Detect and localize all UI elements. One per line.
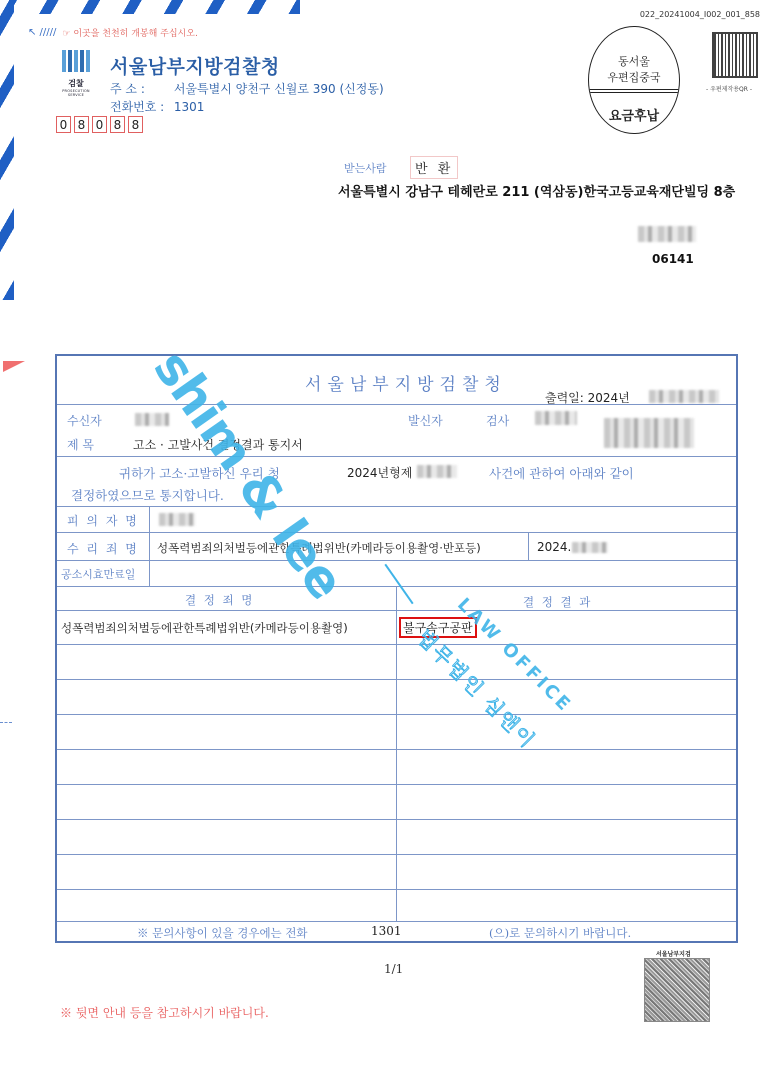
sender-zip: 0 8 0 8 8 [56, 116, 143, 133]
sender-phone: 전화번호 : 1301 [110, 98, 204, 115]
charge-label: 수 리 죄 명 [67, 540, 139, 557]
footer-text-1: ※ 문의사항이 있을 경우에는 전화 [137, 925, 308, 941]
redacted-recipient [135, 413, 169, 426]
logo-bars-icon [62, 50, 96, 72]
row-divider [57, 644, 736, 645]
airmail-border-top [0, 0, 300, 14]
redacted-suspect [159, 513, 195, 526]
zip-digit: 0 [56, 116, 71, 133]
arrow-icon: ↖ ///// [28, 27, 56, 38]
row-divider [57, 714, 736, 715]
open-instruction: ↖ ///// ☞ 이곳을 천천히 개봉해 주십시오. [28, 26, 198, 39]
postmark-divider [589, 89, 679, 93]
redacted-sender [535, 411, 577, 425]
col-divider [149, 506, 150, 586]
return-mark: 반 환 [410, 156, 458, 179]
row-divider [57, 889, 736, 890]
charge-date: 2024. [537, 540, 571, 554]
recipient-field-label: 수신자 [67, 412, 102, 429]
bottom-qr-label: 서울남부지검 [656, 949, 691, 958]
postmark-stamp: 동서울 우편집중국 요금후납 [588, 26, 680, 134]
logo-label: 검찰 [56, 78, 96, 89]
intro-text-1: 귀하가 고소·고발하신 우리 청 [119, 464, 280, 482]
row-divider [57, 456, 736, 457]
sender-address: 주 소 : 서울특별시 양천구 신월로 390 (신정동) [110, 80, 384, 97]
postmark-line1: 동서울 [589, 53, 679, 69]
redacted-case-number [417, 465, 457, 478]
address-value: 서울특별시 양천구 신월로 390 (신정동) [174, 82, 384, 96]
redacted-charge-date [572, 542, 608, 553]
row-divider [57, 679, 736, 680]
statute-label: 공소시효만료일 [61, 566, 135, 582]
open-note-text: ☞ 이곳을 천천히 개봉해 주십시오. [62, 26, 197, 39]
red-triangle-marker [3, 361, 25, 372]
row-divider [57, 749, 736, 750]
bottom-note: ※ 뒷면 안내 등을 참고하시기 바랍니다. [60, 1004, 269, 1021]
zip-digit: 8 [110, 116, 125, 133]
row-divider [57, 532, 736, 533]
airmail-border-left [0, 0, 14, 300]
qr-code-icon [644, 958, 710, 1022]
decision-result: 불구속구공판 [399, 617, 477, 638]
row-divider [57, 404, 736, 405]
recipient-label: 받는사람 [344, 160, 387, 176]
address-label: 주 소 : [110, 80, 170, 97]
sender-field-label: 발신자 [408, 412, 443, 429]
qr-label: - 우편제작용QR - [706, 84, 752, 93]
prosecution-logo: 검찰 PROSECUTION SERVICE [56, 50, 96, 96]
postmark-circle: 동서울 우편집중국 요금후납 [588, 26, 680, 134]
postmark-line2: 우편집중국 [589, 69, 679, 85]
postmark-line3: 요금후납 [589, 105, 679, 124]
decision-result-header: 결 정 결 과 [523, 594, 592, 610]
redacted-seal [604, 418, 694, 448]
case-number: 2024년형제 [347, 464, 412, 481]
subject-value: 고소 · 고발사건 결정결과 통지서 [133, 436, 303, 453]
intro-text-2: 사건에 관하여 아래와 같이 [489, 464, 634, 482]
qr-code-icon [712, 32, 758, 78]
sender-role: 검사 [486, 412, 509, 429]
zip-digit: 8 [74, 116, 89, 133]
phone-label: 전화번호 : [110, 98, 170, 115]
page-number: 1/1 [384, 962, 403, 976]
subject-label: 제 목 [67, 436, 94, 453]
row-divider [57, 819, 736, 820]
row-divider [57, 854, 736, 855]
notice-form: 서울남부지방검찰청 출력일: 2024년 수신자 발신자 검사 제 목 고소 ·… [55, 354, 738, 943]
logo-sub: PROSECUTION SERVICE [56, 89, 96, 97]
footer-text-2: (으)로 문의하시기 바랍니다. [489, 925, 631, 941]
sender-org-name: 서울남부지방검찰청 [110, 52, 280, 79]
footer-phone: 1301 [371, 924, 402, 938]
decision-charge: 성폭력범죄의처벌등에관한특례법위반(카메라등이용촬영) [61, 620, 348, 636]
decision-charge-header: 결 정 죄 명 [185, 592, 254, 608]
fold-mark [0, 722, 12, 723]
zip-digit: 8 [128, 116, 143, 133]
row-divider [57, 610, 736, 611]
zip-digit: 0 [92, 116, 107, 133]
document-id: 022_20241004_I002_001_858 [640, 10, 760, 19]
col-divider [396, 586, 397, 921]
row-divider [57, 784, 736, 785]
recipient-address: 서울특별시 강남구 테헤란로 211 (역삼동)한국고등교육재단빌딩 8층 [338, 183, 758, 202]
redacted-date [649, 390, 719, 403]
row-divider [57, 506, 736, 507]
intro-text-3: 결정하였으므로 통지합니다. [71, 486, 224, 504]
redacted-recipient-name [638, 226, 696, 242]
row-divider [57, 921, 736, 922]
notice-title: 서울남부지방검찰청 [305, 370, 507, 395]
phone-value: 1301 [174, 100, 205, 114]
suspect-label: 피 의 자 명 [67, 512, 139, 529]
col-divider [528, 532, 529, 560]
recipient-zip: 06141 [652, 252, 694, 266]
charge-value: 성폭력범죄의처벌등에관한특례법위반(카메라등이용촬영·반포등) [157, 540, 481, 556]
row-divider [57, 560, 736, 561]
